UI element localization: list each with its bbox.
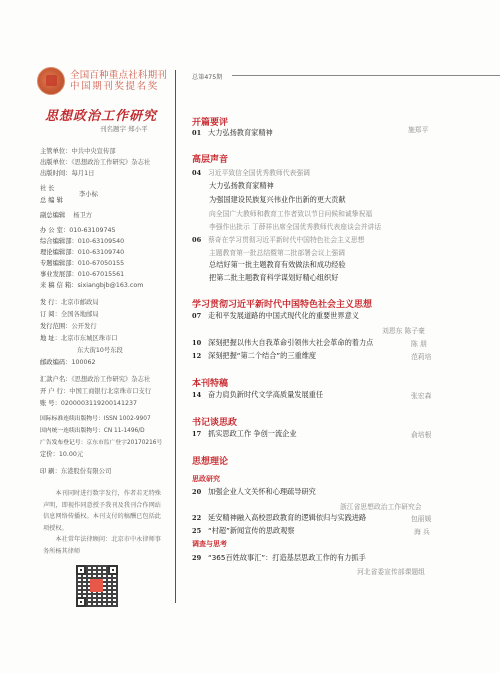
info-row: 主管单位：中共中央宣传部	[40, 147, 116, 157]
toc-author: 张宏森	[411, 390, 431, 400]
info-row: 地 址：北京市东城区珠市口	[40, 334, 118, 344]
info-row: 来 稿 信 箱：sixiangbjb@163.com	[40, 281, 143, 291]
subsection-title: 思政研究	[192, 474, 220, 484]
toc-entry[interactable]: 25“村超”新闻宣传的思政观察	[192, 526, 295, 536]
badge-line-1: 全国百种重点社科期刊	[70, 70, 167, 81]
qr-code[interactable]	[76, 565, 118, 607]
info-row: 事业发展部：010-67015561	[40, 270, 124, 280]
toc-entry-line: 主题教育第一批总结暨第二批部署会议上强调	[209, 247, 345, 257]
info-row: 理论编辑部：010-63109740	[40, 248, 124, 258]
info-row: 东大街10号东段	[77, 346, 123, 356]
masthead-column: 全国百种重点社科期刊 中国期刊奖提名奖 思想政治工作研究 刊名题字 郑小平 主管…	[0, 0, 170, 673]
section-title: 开篇要评	[192, 115, 228, 128]
info-row: 订 阅：全国各地邮局	[40, 310, 99, 320]
toc-entry-line[interactable]: 总结好第一批主题教育有效做法和成功经验	[209, 260, 346, 270]
toc-author: 范莉培	[411, 351, 431, 361]
qr-finder-icon	[76, 597, 86, 607]
toc-entry[interactable]: 10深刻把握以伟大自我革命引领伟大社会革命的着力点	[192, 338, 373, 348]
info-row: 出版单位：《思想政治工作研究》杂志社	[40, 158, 150, 168]
section-title: 本刊特稿	[192, 376, 228, 389]
toc-author: 陈 朋	[411, 338, 427, 348]
section-title: 思想理论	[192, 454, 228, 467]
toc-entry-line: 李强作出批示 丁薛祥出席全国优秀教师代表座谈会并讲话	[209, 221, 381, 231]
info-row: 定价：10.00元	[40, 450, 83, 460]
info-row: 副总编辑 杨卫方	[40, 211, 92, 221]
qr-logo-icon	[90, 579, 103, 592]
toc-entry[interactable]: 04习近平致信全国优秀教师代表强调	[192, 167, 310, 177]
qr-finder-icon	[76, 565, 86, 575]
badge-line-2: 中国期刊奖提名奖	[70, 81, 167, 92]
info-row: 开 户 行：中国工商银行北京珠市口支行	[40, 387, 151, 397]
award-seal-icon	[37, 67, 65, 95]
toc-entry[interactable]: 06蔡奇在学习贯彻习近平新时代中国特色社会主义思想	[192, 234, 364, 244]
info-row: 国际标准连续出版物号：ISSN 1002-9907	[40, 414, 151, 424]
toc-entry[interactable]: 14奋力肩负新时代文学高质量发展重任	[192, 390, 323, 400]
toc-entry-line: 向全国广大教师和教育工作者致以节日问候和诚挚祝福	[209, 208, 372, 218]
info-row: 综合编辑部：010-63109540	[40, 237, 124, 247]
award-badge: 全国百种重点社科期刊 中国期刊奖提名奖	[37, 67, 167, 95]
section-title: 学习贯彻习近平新时代中国特色社会主义思想	[192, 297, 372, 310]
info-row: 出版时间：每月1日	[40, 169, 94, 179]
toc-author: 刘恩东 陈子豪	[382, 325, 425, 335]
toc-entry[interactable]: 29“365百姓故事汇”：打造基层思政工作的有力抓手	[192, 553, 366, 563]
digital-rights-notice: 本刊同时进行数字发行，作者若无特殊声明，即视作同意授予我刊及我刊合作网站信息网络…	[43, 488, 161, 534]
info-row: 总 编 辑	[40, 196, 63, 206]
info-row: 账 号：0200003119200141237	[40, 399, 137, 409]
toc-entry[interactable]: 07走和平发展道路的中国式现代化的重要世界意义	[192, 311, 359, 321]
legal-counsel-notice: 本社常年法律顾问：北京市中永律师事务所杨其律师	[43, 534, 161, 557]
journal-title: 思想政治工作研究	[45, 105, 157, 124]
section-title: 高层声音	[192, 152, 228, 165]
qr-finder-icon	[108, 565, 118, 575]
info-value: 李小标	[79, 190, 98, 200]
toc-author: 海 兵	[414, 526, 430, 536]
toc-entry[interactable]: 01大力弘扬教育家精神	[192, 128, 273, 138]
section-title: 书记谈思政	[192, 415, 237, 428]
info-row: 发行范围：公开发行	[40, 322, 97, 332]
info-row: 办 公 室：010-63109745	[40, 226, 116, 236]
info-row: 专题编辑部：010-67050155	[40, 259, 124, 269]
toc-author: 施郑平	[408, 124, 428, 134]
info-row: 印 刷：东港股份有限公司	[40, 467, 111, 477]
toc-author: 浙江省思想政治工作研究会	[340, 501, 422, 511]
column-divider	[175, 70, 176, 603]
info-row: 广告发布登记号：京东市监广登字20170216号	[40, 438, 162, 448]
toc-entry[interactable]: 17抓实思政工作 争创一流企业	[192, 429, 297, 439]
subsection-title: 调查与思考	[192, 539, 227, 549]
title-calligraphy-credit: 刊名题字 郑小平	[100, 124, 148, 133]
toc-entry-line[interactable]: 大力弘扬教育家精神	[209, 181, 274, 191]
toc-author: 俞培根	[411, 429, 431, 439]
toc-entry[interactable]: 20加强企业人文关怀和心理疏导研究	[192, 487, 316, 497]
toc-entry-line[interactable]: 为强国建设民族复兴伟业作出新的更大贡献	[209, 195, 346, 205]
issue-number: 总第475期	[192, 72, 222, 81]
info-row: 邮政编码：100062	[40, 358, 96, 368]
toc-author: 河北省委宣传部课题组	[357, 566, 425, 576]
header-rule	[232, 75, 500, 76]
toc-author: 包丽媛	[411, 513, 431, 523]
toc-entry-line[interactable]: 把第二批主题教育科学谋划好精心组织好	[209, 273, 338, 283]
info-row: 发 行：北京市邮政局	[40, 298, 99, 308]
copyright-notice: 本刊同时进行数字发行，作者若无特殊声明，即视作同意授予我刊及我刊合作网站信息网络…	[43, 488, 161, 557]
info-row: 汇款户名：《思想政治工作研究》杂志社	[40, 375, 150, 385]
info-row: 国内统一连续出版物号：CN 11-1496/D	[40, 426, 145, 436]
info-row: 社 长	[40, 184, 55, 194]
toc-entry[interactable]: 12深刻把握“第二个结合”的三重维度	[192, 351, 316, 361]
toc-entry[interactable]: 22延安精神融入高校思政教育的逻辑依归与实践进路	[192, 513, 366, 523]
